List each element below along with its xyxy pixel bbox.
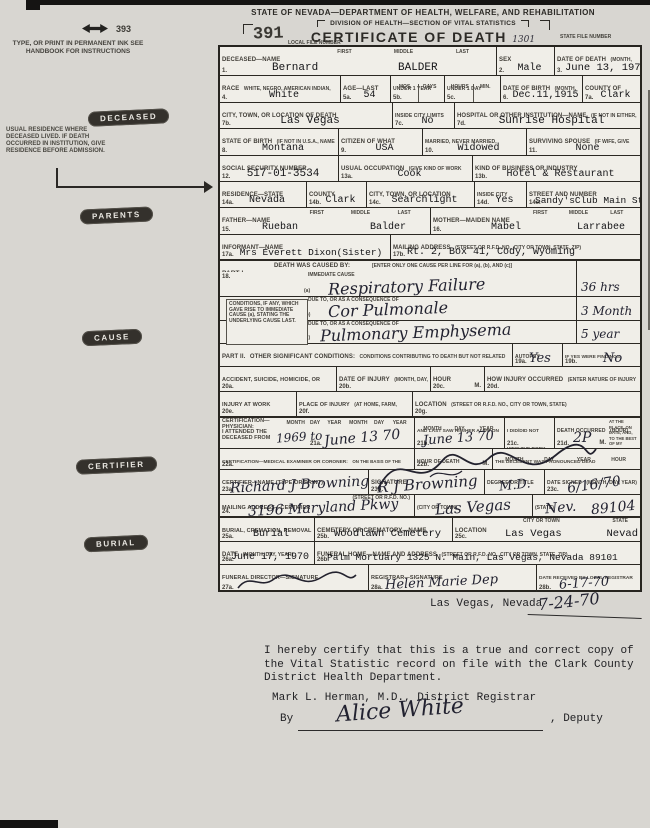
cell-residence-county: COUNTY 14b. Clark (306, 182, 366, 207)
injury-location-label: LOCATION (415, 402, 447, 408)
head-day: DAY (369, 420, 390, 426)
row-cert-examiner: CERTIFICATION—MEDICAL EXAMINER OR CORONE… (220, 448, 640, 469)
residence-city-value: Searchlight (377, 195, 472, 206)
field-num: 23c. (547, 487, 559, 493)
age-value: 54 (351, 90, 388, 101)
race-value: White (230, 90, 338, 101)
cell-occupation: USUAL OCCUPATION (GIVE KIND OF WORK DONE… (338, 156, 472, 181)
head-day: DAY (532, 457, 567, 463)
field-num: 21d. (557, 441, 569, 447)
cell-accident: ACCIDENT, SUICIDE, HOMICIDE, OR UNDETERM… (220, 367, 336, 391)
cell-hour-of-death: HOUR OF DEATH 22b. M. (414, 449, 492, 469)
death-occurred-note: AT THE PLACE, ON DATE, AND, TO THE BEST … (609, 419, 639, 448)
field-num: 6. (503, 95, 508, 101)
cell-father-name: FATHER—NAME FIRSTMIDDLELAST 15. Rueban B… (220, 208, 430, 234)
cell-certifier-state-zip: (STATE) Nev. 89104 (532, 495, 640, 516)
attended-from-heads: MONTHDAYYEAR (286, 420, 344, 426)
cell-autopsy: AUTOPSY(YES OR NO) 19a. Yes (512, 344, 562, 366)
row-burial: BURIAL, CREMATION, REMOVAL (SPECIFY) 25a… (220, 516, 640, 541)
field-num: 20c. (433, 384, 445, 390)
name-heads: FIRSTMIDDLELAST (315, 49, 492, 55)
cell-death-occurred-hour: DEATH OCCURRED (HOUR) AT THE PLACE, ON D… (554, 418, 640, 448)
field-num: 1. (222, 68, 227, 74)
injury-location-sub: (STREET OR R.F.D. NO., CITY OR TOWN, STA… (451, 402, 566, 408)
row-mailing-certifier: MAILING ADDRESS—CERTIFIER (STREET OR R.F… (220, 494, 640, 516)
cemetery-value: Woodlawn Cemetery (325, 528, 450, 540)
cell-other-conditions: PART II. OTHER SIGNIFICANT CONDITIONS: C… (220, 344, 512, 366)
field-num: 27a. (222, 585, 234, 591)
cell-degree: DEGREE OR TITLE M.D. (484, 470, 544, 494)
field-num: 20a. (222, 384, 234, 390)
row-birth-citizenship: STATE OF BIRTH (IF NOT IN U.S.A., NAME C… (220, 128, 640, 155)
deceased-last-name: BALDER (398, 62, 438, 74)
certify-line-1: I hereby certify that this is a true and… (264, 645, 634, 657)
cell-burial-type: BURIAL, CREMATION, REMOVAL (SPECIFY) 25a… (220, 518, 314, 541)
cell-certifier-signature: SIGNATURE 23b. R J Browning (368, 470, 484, 494)
burial-state-value: Nevad (606, 528, 638, 540)
city-of-death-value: Las Vegas (230, 115, 390, 127)
mother-first: Mabel (491, 222, 521, 233)
field-num: 5b. (393, 95, 402, 101)
row-residence: RESIDENCE—STATE 14a. Nevada COUNTY 14b. … (220, 181, 640, 207)
cell-burial-date: DATE (MONTH, DAY, YEAR) 26a. June 17, 19… (220, 542, 314, 564)
cell-interval-a: 36 hrs (576, 272, 640, 296)
cause-b-value: Cor Pulmonale (328, 298, 449, 320)
head-hour: HOUR (601, 457, 636, 463)
row-deceased-name: DECEASED—NAME FIRSTMIDDLELAST 1. Bernard… (220, 47, 640, 75)
cell-informant-name: INFORMANT—NAME 17a. Mrs Everett Dixon(Si… (220, 235, 390, 259)
certificate-form: DECEASED—NAME FIRSTMIDDLELAST 1. Bernard… (218, 45, 642, 592)
hour-of-death-m: M. (482, 461, 489, 467)
stamp-parents: PARENTS (80, 206, 153, 224)
field-num: 19a. (515, 359, 527, 365)
cell-view-body: I DID/DID NOT VIEW THE BODY AFTER DEATH.… (504, 418, 554, 448)
cell-how-injury: HOW INJURY OCCURRED (ENTER NATURE OF INJ… (484, 367, 640, 391)
cell-examiner: CERTIFICATION—MEDICAL EXAMINER OR CORONE… (220, 449, 414, 469)
cell-deceased-name: DECEASED—NAME FIRSTMIDDLELAST 1. Bernard… (220, 47, 496, 75)
residence-arrow-head-icon (204, 181, 213, 193)
part2-label: PART II. (222, 354, 245, 360)
cell-under-1-day: UNDER 1 DAY HOURSMIN. 5c. (444, 76, 500, 102)
head-last: LAST (382, 210, 426, 216)
occupation-value: Cook (349, 169, 470, 180)
local-file-number-value: 391 (253, 24, 284, 44)
date-of-death-value: June 13, 1970 (565, 62, 638, 74)
street-value: Sandy'sClub Main St (535, 195, 638, 206)
field-num: 20b. (339, 384, 351, 390)
head-month: MONTH (286, 420, 305, 426)
state-file-number-label: STATE FILE NUMBER (560, 34, 611, 40)
division-text: DIVISION OF HEALTH—SECTION OF VITAL STAT… (330, 20, 516, 27)
burial-state-head: STATE (612, 519, 628, 525)
footer-place: Las Vegas, Nevada (430, 598, 542, 610)
row-cause-header: PART I. DEATH WAS CAUSED BY: [ENTER ONLY… (220, 259, 640, 272)
head-month: MONTH (348, 420, 369, 426)
cert-phys-l4: DECEASED FROM (222, 435, 270, 441)
field-num: 5c. (447, 95, 455, 101)
interval-c-value: 5 year (581, 327, 619, 341)
field-num: 8. (222, 148, 227, 154)
bracket-right-icon (521, 20, 529, 27)
field-num: 20g. (415, 409, 427, 415)
certifier-signature-value: R J Browning (376, 472, 478, 494)
subdivider (473, 84, 474, 102)
scan-top-edge (26, 0, 650, 5)
field-num: 2. (499, 68, 504, 74)
cell-residence-state: RESIDENCE—STATE 14a. Nevada (220, 182, 306, 207)
burial-city-value: Las Vegas (505, 528, 562, 540)
industry-value: Hotel & Restaurant (483, 169, 638, 180)
row-demographics: RACE WHITE, NEGRO, AMERICAN INDIAN, ETC.… (220, 75, 640, 102)
row-parents: FATHER—NAME FIRSTMIDDLELAST 15. Rueban B… (220, 207, 640, 234)
cell-date-signed: DATE SIGNED (MONTH, DAY, YEAR) 23c. 6/16… (544, 470, 640, 494)
field-num: 21c. (507, 441, 519, 447)
row-part2: PART II. OTHER SIGNIFICANT CONDITIONS: C… (220, 343, 640, 366)
cell-cause-a: 18. IMMEDIATE CAUSE (a) Respiratory Fail… (220, 272, 576, 296)
cell-interval-b: 3 Month (576, 297, 640, 320)
head-year: YEAR (567, 457, 602, 463)
cell-injury-at-work: INJURY AT WORK(SPECIFY YES OR NO) 20e. (220, 392, 296, 416)
immediate-cause-label: IMMEDIATE CAUSE (308, 273, 355, 279)
row-informant: INFORMANT—NAME 17a. Mrs Everett Dixon(Si… (220, 234, 640, 259)
field-num: 28b. (539, 585, 551, 591)
field-num: 22b. (417, 462, 429, 468)
row-place-of-death: CITY, TOWN, OR LOCATION OF DEATH 7b. Las… (220, 102, 640, 128)
head-middle: MIDDLE (374, 49, 433, 55)
spouse-value: None (537, 143, 638, 154)
cell-sex: SEX 2. Male (496, 47, 554, 75)
burial-date-value: June 17, 1970 (228, 552, 312, 563)
cause-a-marker: (a) (304, 289, 310, 295)
field-num: 28a. (371, 585, 383, 591)
stamp-deceased: DECEASED (88, 108, 170, 127)
cell-funeral-home: FUNERAL HOME—NAME AND ADDRESS (STREET OR… (314, 542, 640, 564)
cell-residence-city: CITY, TOWN, OR LOCATION 14c. Searchlight (366, 182, 474, 207)
cell-surviving-spouse: SURVIVING SPOUSE (IF WIFE, GIVE MAIDEN N… (526, 129, 640, 155)
cell-under-1-year: UNDER 1 YEAR MOS.DAYS 5b. (390, 76, 444, 102)
subdivider (418, 84, 419, 102)
head-day: DAY (305, 420, 324, 426)
cell-street-number: STREET AND NUMBER 14e. Sandy'sClub Main … (526, 182, 640, 207)
residence-county-value: Clark (317, 195, 364, 206)
cell-informant-mailing: MAILING ADDRESS (STREET OR R.F.D. NO., C… (390, 235, 640, 259)
cell-burial-location: LOCATION CITY OR TOWN STATE 25c. Las Veg… (452, 518, 640, 541)
residence-arrow-vertical (56, 168, 58, 188)
bracket-left-icon (317, 20, 325, 27)
field-num: 4. (222, 95, 227, 101)
residence-state-value: Nevada (230, 195, 304, 206)
type-or-print-note: TYPE, OR PRINT IN PERMANENT INK SEE HAND… (6, 40, 150, 56)
cell-date-of-death: DATE OF DEATH (MONTH, DAY, YEAR) 3. June… (554, 47, 640, 75)
interval-b-value: 3 Month (581, 304, 632, 318)
cell-date-of-birth: DATE OF BIRTH (MONTH, DAY, YEAR) 6. Dec.… (500, 76, 582, 102)
mother-heads: FIRSTMIDDLELAST (521, 210, 636, 216)
certifier-city-value: Las Vegas (434, 495, 511, 516)
date-signed-value: 6/16/70 (566, 473, 622, 494)
cell-race: RACE WHITE, NEGRO, AMERICAN INDIAN, ETC.… (220, 76, 340, 102)
field-num: 3. (557, 68, 562, 74)
field-num: 18. (222, 274, 230, 280)
head-month: MONTH (497, 457, 532, 463)
date-of-injury-label: DATE OF INJURY (339, 377, 390, 383)
cell-age: AGE—LASTBIRTHDAY (YEARS) 5a. 54 (340, 76, 390, 102)
head-year: YEAR (325, 420, 344, 426)
father-last: Balder (370, 222, 406, 233)
field-num: 17a. (222, 252, 234, 258)
stamp-cause: CAUSE (82, 329, 143, 347)
field-num: 22a. (222, 462, 234, 468)
cell-autopsy-findings: IF YES WERE FINDINGS CONSIDERED IN DETER… (562, 344, 640, 366)
cell-interval-header: APPROXIMATE INTERVAL BETWEEN ONSET AND D… (576, 261, 640, 272)
state-file-bracket-icon (540, 20, 550, 30)
row-burial-date: DATE (MONTH, DAY, YEAR) 26a. June 17, 19… (220, 541, 640, 564)
cell-registrar-sig: REGISTRAR—SIGNATURE 28a. Helen Marie Dep (368, 565, 536, 592)
field-num: 20e. (222, 409, 234, 415)
head-days: DAYS (418, 84, 443, 90)
state-of-birth-value: Montana (230, 143, 336, 154)
certify-line-2: the Vital Statistic record on file with … (264, 659, 634, 671)
county-of-death-value: Clark (593, 90, 638, 101)
interval-a-value: 36 hrs (581, 280, 620, 294)
cell-mother-name: MOTHER—MAIDEN NAME FIRSTMIDDLELAST 16. M… (430, 208, 640, 234)
cell-injury-location: LOCATION (STREET OR R.F.D. NO., CITY OR … (412, 392, 640, 416)
cell-certifier-city: (CITY OR TOWN) Las Vegas (414, 495, 532, 516)
corner-number: 393 (116, 24, 131, 34)
findings-value: No (603, 351, 622, 366)
cell-inside-city-death: INSIDE CITY LIMITS(SPECIFY YES OR NO) 7c… (392, 103, 454, 128)
deputy-label: , Deputy (550, 713, 603, 725)
department-line: STATE OF NEVADA—DEPARTMENT OF HEALTH, WE… (205, 8, 641, 17)
deceased-first-name: Bernard (272, 62, 318, 74)
caused-by-label: DEATH WAS CAUSED BY: (274, 263, 350, 270)
row-injury-place: INJURY AT WORK(SPECIFY YES OR NO) 20e. P… (220, 391, 640, 416)
inside-city-death-value: No (403, 116, 452, 127)
field-num: 20d. (487, 384, 499, 390)
field-num: 16. (433, 227, 441, 233)
certify-line-3: District Health Department. (264, 672, 442, 684)
cell-pronounced-dead: THE DECEDENT WAS PRONOUNCED DEAD MONTHDA… (492, 449, 640, 469)
burial-type-value: Burial (230, 529, 312, 540)
field-num: 20f. (299, 409, 309, 415)
mother-last: Larrabee (577, 222, 625, 233)
field-num: 19b. (565, 359, 577, 365)
cell-part1-header: PART I. DEATH WAS CAUSED BY: [ENTER ONLY… (220, 261, 576, 272)
cell-citizen: CITIZEN OF WHAT COUNTRY 9. USA (338, 129, 422, 155)
how-injury-label: HOW INJURY OCCURRED (487, 377, 563, 383)
autopsy-value: Yes (529, 351, 551, 366)
row-cause-a: 18. IMMEDIATE CAUSE (a) Respiratory Fail… (220, 272, 640, 296)
conditions-note-box: CONDITIONS, IF ANY, WHICH GAVE RISE TO I… (226, 299, 308, 345)
funeral-home-value: Palm Mortuary 1325 N. Main, Las Vegas, N… (327, 552, 638, 563)
father-heads: FIRSTMIDDLELAST (295, 210, 426, 216)
injury-at-work-label: INJURY AT WORK (222, 402, 270, 408)
death-hour-m: M. (599, 440, 606, 446)
row-ssn-occupation: SOCIAL SECURITY NUMBER 12. 517-01-3534 U… (220, 155, 640, 181)
head-first: FIRST (315, 49, 374, 55)
cell-attended: CERTIFICATION— PHYSICIAN: I ATTENDED THE… (220, 418, 414, 448)
place-of-injury-label: PLACE OF INJURY (299, 402, 350, 408)
head-first: FIRST (295, 210, 339, 216)
head-mos: MOS. (393, 84, 418, 90)
field-num: 9. (341, 148, 346, 154)
certifier-name-value: Richard J Browning (230, 473, 368, 494)
row-certifier: CERTIFIER—NAME (TYPE OR PRINT) 23a. Rich… (220, 469, 640, 494)
certifier-street-value: 3196 Maryland Pkwy (248, 496, 399, 516)
burial-city-head: CITY OR TOWN (523, 519, 560, 525)
cell-date-of-injury: DATE OF INJURY (MONTH, DAY, YEAR) 20b. (336, 367, 430, 391)
residence-arrow-horizontal (56, 186, 206, 188)
by-label: By (280, 713, 293, 725)
stamp-burial: BURIAL (84, 535, 148, 553)
cell-county-of-death: COUNTY OF DEATH 7a. Clark (582, 76, 640, 102)
inside-city-res-value: Yes (485, 195, 524, 206)
one-cause-note: [ENTER ONLY ONE CAUSE PER LINE FOR (a), … (372, 264, 512, 270)
cell-last-saw-alive: AND LAST SAW HIM/HER ALIVE ON MONTHDAYYE… (414, 418, 504, 448)
degree-value: M.D. (498, 476, 531, 494)
informant-value: Mrs Everett Dixon(Sister) (234, 247, 388, 258)
cell-place-of-injury: PLACE OF INJURY (AT HOME, FARM, STREET, … (296, 392, 412, 416)
head-middle: MIDDLE (339, 210, 383, 216)
cell-certifier-name: CERTIFIER—NAME (TYPE OR PRINT) 23a. Rich… (220, 470, 368, 494)
field-num: 25c. (455, 534, 467, 540)
cell-ssn: SOCIAL SECURITY NUMBER 12. 517-01-3534 (220, 156, 338, 181)
certifier-state-value: Nev. (544, 499, 577, 516)
cell-injury-hour: HOUR 20c. M. (430, 367, 484, 391)
cell-state-of-birth: STATE OF BIRTH (IF NOT IN U.S.A., NAME C… (220, 129, 338, 155)
hour-m-suffix: M. (474, 383, 481, 389)
usual-residence-note: USUAL RESIDENCE WHERE DECEASED LIVED. IF… (6, 127, 116, 155)
injury-hour-label: HOUR (433, 377, 451, 383)
row-accident: ACCIDENT, SUICIDE, HOMICIDE, OR UNDETERM… (220, 366, 640, 391)
informant-mailing-value: Rt. 2, Box 41, Cody, Wyoming (407, 247, 638, 258)
father-first: Rueban (262, 222, 298, 233)
head-first: FIRST (521, 210, 559, 216)
head-min: MIN. (473, 84, 499, 90)
marital-value: Widowed (433, 143, 524, 154)
cell-cemetery: CEMETERY OR CREMATORY—NAME 25b. Woodlawn… (314, 518, 452, 541)
certify-paragraph: I hereby certify that this is a true and… (264, 645, 634, 686)
accident-label: ACCIDENT, SUICIDE, HOMICIDE, OR UNDETERM… (222, 377, 320, 391)
dob-value: Dec.11,1915 (511, 90, 580, 101)
examiner-label: CERTIFICATION—MEDICAL EXAMINER OR CORONE… (222, 460, 348, 465)
cell-inside-city-residence: INSIDE CITY LIMITS(SPECIFY YES OR NO) 14… (474, 182, 526, 207)
cell-funeral-director-sig: FUNERAL DIRECTOR—SIGNATURE 27a. (220, 565, 368, 592)
certifier-zip-value: 89104 (591, 498, 637, 516)
cell-date-received: DATE RECEIVED BY LOCAL REGISTRAR 28b. 6-… (536, 565, 640, 592)
title-handwritten-number: 1301 (512, 35, 535, 45)
attended-to-heads: MONTHDAYYEAR (348, 420, 410, 426)
stamp-arrow-icon (82, 24, 108, 33)
field-num: 17b. (393, 252, 405, 258)
stamp-certifier: CERTIFIER (76, 456, 157, 475)
head-last: LAST (598, 210, 636, 216)
cell-certifier-street: MAILING ADDRESS—CERTIFIER (STREET OR R.F… (220, 495, 414, 516)
row-signatures: FUNERAL DIRECTOR—SIGNATURE 27a. REGISTRA… (220, 564, 640, 592)
cell-marital-status: MARRIED, NEVER MARRIED,WIDOWED, DIVORCED… (422, 129, 526, 155)
scan-top-blob (26, 0, 40, 10)
head-year: YEAR (389, 420, 410, 426)
cell-city-of-death: CITY, TOWN, OR LOCATION OF DEATH 7b. Las… (220, 103, 392, 128)
head-middle: MIDDLE (559, 210, 597, 216)
death-hour-value: 2P (573, 430, 591, 446)
field-num: 11. (529, 148, 537, 154)
scan-bottom-edge (0, 820, 58, 828)
cell-industry: KIND OF BUSINESS OR INDUSTRY 13b. Hotel … (472, 156, 640, 181)
cell-interval-c: 5 year (576, 321, 640, 343)
citizen-value: USA (349, 143, 420, 154)
ssn-value: 517-01-3534 (230, 168, 336, 180)
local-file-bracket-icon (243, 24, 253, 34)
field-num: 15. (222, 227, 230, 233)
attended-to-value: June 13 70 (323, 427, 401, 448)
sex-value: Male (507, 63, 552, 74)
hospital-value: Sunrise Hospital (465, 115, 638, 127)
head-hours: HOURS (447, 84, 473, 90)
pronounced-heads: MONTHDAYYEARHOUR (497, 457, 636, 463)
funeral-director-signature-scrawl (234, 570, 360, 592)
other-conditions-label: OTHER SIGNIFICANT CONDITIONS: (250, 354, 355, 360)
row-cert-physician: CERTIFICATION— PHYSICIAN: I ATTENDED THE… (220, 416, 640, 448)
head-last: LAST (433, 49, 492, 55)
field-num: 24. (222, 509, 230, 515)
cell-hospital: HOSPITAL OR OTHER INSTITUTION—NAME (IF N… (454, 103, 640, 128)
